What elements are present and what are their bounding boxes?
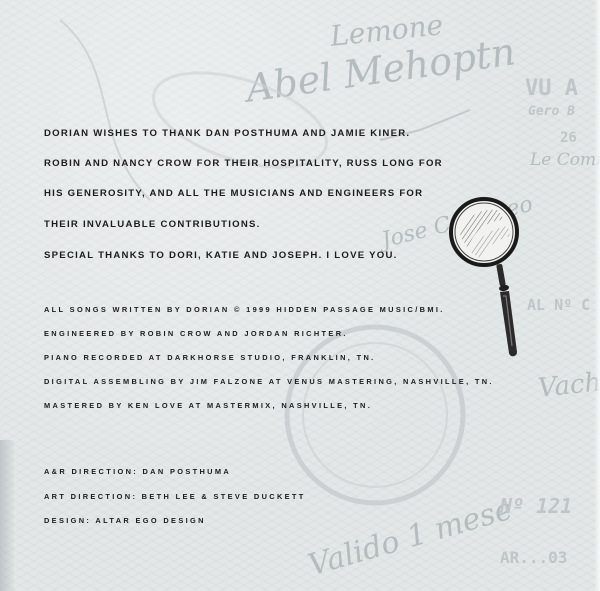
direction-line: DESIGN: ALTAR EGO DESIGN: [44, 516, 206, 525]
watermark-stamp: Nº 121: [500, 494, 572, 518]
watermark-script: Vacht: [537, 366, 600, 404]
watermark-stamp: AL Nº C: [527, 296, 590, 314]
thanks-line: THEIR INVALUABLE CONTRIBUTIONS.: [44, 219, 261, 230]
watermark-stamp: VU A: [525, 76, 578, 101]
thanks-line: SPECIAL THANKS TO DORI, KATIE AND JOSEPH…: [44, 250, 398, 261]
liner-notes-page: Lemone Abel Mehoptn Jose Cattaneo Valido…: [0, 0, 600, 591]
credit-line: ENGINEERED BY ROBIN CROW AND JORDAN RICH…: [44, 329, 348, 338]
thanks-line: ROBIN AND NANCY CROW FOR THEIR HOSPITALI…: [44, 158, 443, 169]
watermark-stamp: Gero B: [528, 104, 575, 119]
left-edge-shadow: [0, 440, 14, 591]
watermark-script: Abel Mehoptn: [243, 29, 518, 110]
right-edge-highlight: [594, 0, 600, 591]
credit-line: MASTERED BY KEN LOVE AT MASTERMIX, NASHV…: [44, 401, 372, 410]
watermark-script: Lemone: [329, 8, 445, 53]
direction-line: ART DIRECTION: BETH LEE & STEVE DUCKETT: [44, 492, 306, 501]
watermark-script: Valido 1 mese: [304, 492, 516, 584]
credit-line: ALL SONGS WRITTEN BY DORIAN © 1999 HIDDE…: [44, 305, 445, 314]
credit-line: DIGITAL ASSEMBLING BY JIM FALZONE AT VEN…: [44, 377, 494, 386]
watermark-stamp: AR...03: [500, 548, 567, 567]
thanks-line: DORIAN WISHES TO THANK DAN POSTHUMA AND …: [44, 128, 410, 139]
credit-line: PIANO RECORDED AT DARKHORSE STUDIO, FRAN…: [44, 353, 376, 362]
watermark-script: Le Comm: [530, 150, 600, 170]
thanks-line: HIS GENEROSITY, AND ALL THE MUSICIANS AN…: [44, 188, 423, 199]
watermark-stamp: 26: [560, 130, 577, 146]
magnifying-glass-icon: [448, 196, 528, 366]
direction-line: A&R DIRECTION: DAN POSTHUMA: [44, 467, 231, 476]
